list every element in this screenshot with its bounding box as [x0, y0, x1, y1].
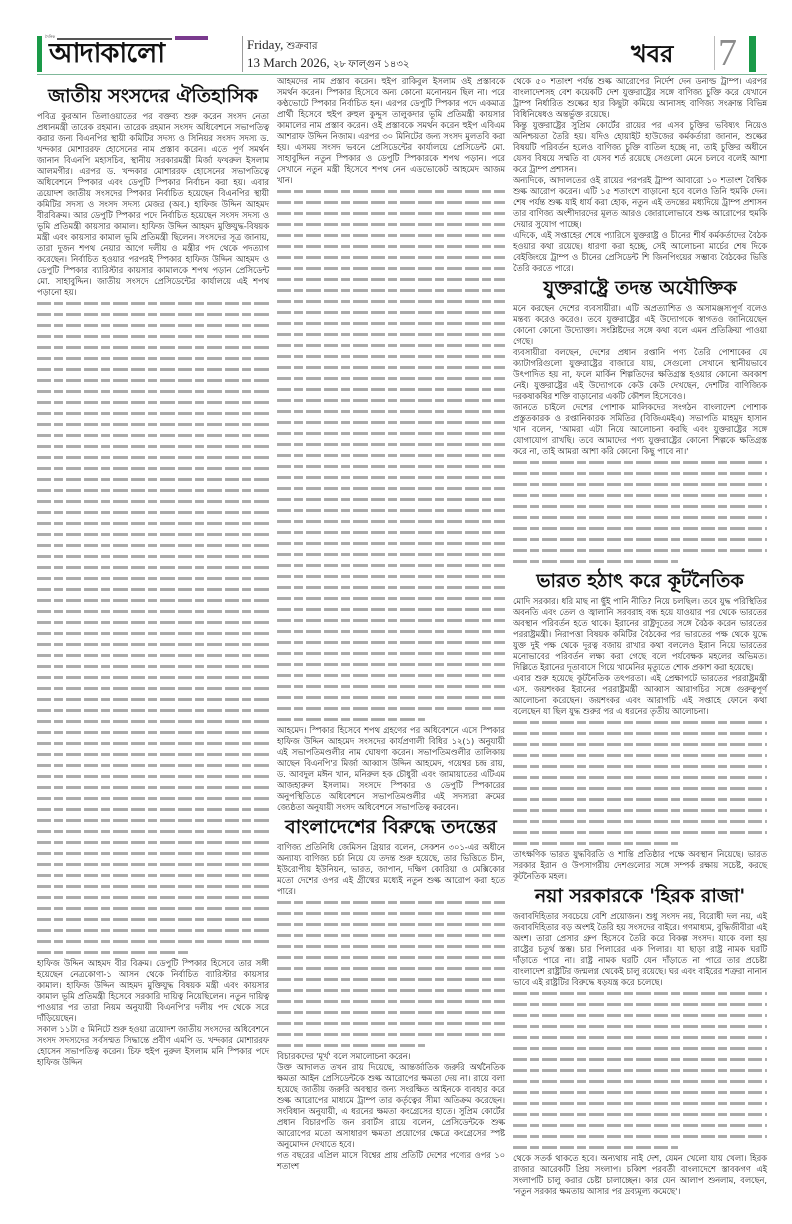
article-paragraph: আহমদের নাম প্রস্তাব করেন। হুইপ রাকিবুল ই… [277, 76, 505, 186]
article-paragraph: মনে করছেন দেশের ব্যবসায়ীরা। এটি অপ্রত্য… [513, 303, 767, 347]
article-paragraph: বিচারকদের 'মূর্খ' বলে সমালোচনা করেন। [277, 1051, 505, 1062]
article-headline[interactable]: ভারত হঠাৎ করে কূটনৈতিক [513, 569, 767, 593]
article-paragraph: জানতে চাইলে দেশের পোশাক মালিকদের সংগঠন ব… [513, 402, 767, 457]
article-headline[interactable]: নয়া সরকারকে 'হিরক রাজা' [513, 884, 767, 908]
column-2: আহমদের নাম প্রস্তাব করেন। হুইপ রাকিবুল ই… [277, 76, 505, 1172]
article-paragraph: উক্ত আদালত তখন রায় দিয়েছে, আন্তর্জাতিক… [277, 1062, 505, 1150]
date-en: 13 March 2026, [247, 55, 330, 70]
article-paragraph: আহমেদ। স্পিকার হিসেবে শপথ গ্রহণের পর অধি… [277, 725, 505, 813]
divider [242, 36, 243, 72]
article-body-continued [37, 298, 269, 958]
article-headline[interactable]: যুক্তরাষ্ট্রে তদন্ত অযৌক্তিক [513, 276, 767, 300]
article-paragraph: পবিত্র কুরআন তিলাওয়াতের পর বক্তব্য শুরু… [37, 111, 269, 298]
date-bn: ২৮ ফাল্গুন ১৪৩২ [333, 59, 409, 70]
article-paragraph: অন্যদিকে, আদালতের ওই রায়ের পরপরই ট্রাম্… [513, 175, 767, 230]
article-paragraph: হাফিজ উদ্দিন আহমদ বীর বিক্রম। ডেপুটি স্প… [37, 958, 269, 1024]
divider [714, 36, 715, 70]
article-paragraph: থেকে সতর্ক থাকতে হবে। অন্যথায় নাই দেশ, … [513, 1153, 767, 1197]
page-number: 7 [718, 32, 737, 74]
accent-bar-left [37, 36, 42, 72]
article-paragraph: তাৎক্ষণিক ভারত যুদ্ধবিরতি ও শান্তি প্রতি… [513, 849, 767, 882]
newspaper-page: দৈনিক আদাকালো Friday, শুক্রবার 13 March … [37, 0, 767, 1224]
article-body-continued [513, 988, 767, 1153]
article-paragraph: সকাল ১১টা ৫ মিনিটে শুরু হওয়া ত্রয়োদশ জ… [37, 1024, 269, 1068]
issue-date: Friday, শুক্রবার 13 March 2026, ২৮ ফাল্গ… [247, 37, 409, 73]
article-body-continued [513, 717, 767, 849]
article-headline[interactable]: জাতীয় সংসদের ঐতিহাসিক [37, 84, 269, 108]
article-paragraph: গত বছরের এপ্রিল মাসে বিশ্বের প্রায় প্রত… [277, 1150, 505, 1172]
article-body-continued [277, 186, 505, 725]
accent-bar-right [749, 36, 756, 72]
article-paragraph: থেকে ৫০ শতাংশ পর্যন্ত শুল্ক আরোপের নির্দ… [513, 76, 767, 120]
article-paragraph: কিন্তু যুক্তরাষ্ট্রের সুপ্রিম কোর্টের রা… [513, 120, 767, 175]
article-paragraph: জবাবদিহিতার সবচেয়ে বেশি প্রয়োজন। শুধু … [513, 911, 767, 988]
column-1: জাতীয় সংসদের ঐতিহাসিক পবিত্র কুরআন তিলা… [37, 82, 269, 1068]
logo-text: আদাকালো [49, 38, 164, 70]
article-body-continued [513, 457, 767, 567]
day-bn: শুক্রবার [287, 41, 318, 52]
article-paragraph: এদিকে, এই সপ্তাহের শেষে প্যারিসে যুক্তরা… [513, 230, 767, 274]
day-en: Friday, [247, 37, 283, 52]
masthead: দৈনিক আদাকালো Friday, শুক্রবার 13 March … [37, 34, 767, 75]
column-3: থেকে ৫০ শতাংশ পর্যন্ত শুল্ক আরোপের নির্দ… [513, 76, 767, 1197]
article-paragraph: এবার শুরু হয়েছে কূটনৈতিক তৎপরতা। এই প্র… [513, 673, 767, 717]
logo-badge [175, 36, 208, 40]
newspaper-logo[interactable]: দৈনিক আদাকালো [45, 34, 237, 72]
article-paragraph: ব্যবসায়ীরা বলছেন, দেশের প্রধান রপ্তানি … [513, 347, 767, 402]
article-paragraph: মোদি সরকার। ধরি মাছ না ছুঁই পানি নীতি? ন… [513, 596, 767, 673]
article-body-continued [277, 897, 505, 1051]
section-title: খবর [631, 36, 673, 76]
article-headline[interactable]: বাংলাদেশের বিরুদ্ধে তদন্তের [277, 815, 505, 839]
article-paragraph: বাণিজ্য প্রতিনিধি জেমিসন গ্রিয়ার বলেন, … [277, 842, 505, 897]
